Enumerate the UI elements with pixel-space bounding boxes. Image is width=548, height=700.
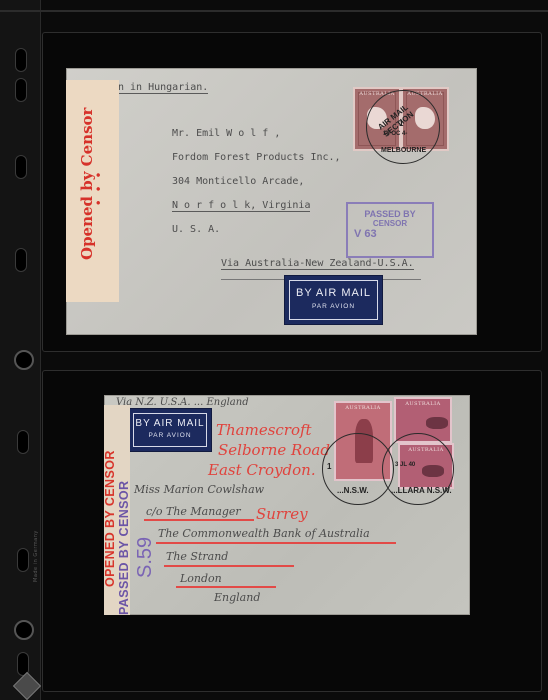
redirect-line: East Croydon.	[208, 461, 316, 479]
strike-through	[176, 586, 276, 588]
redirect-line: Selborne Road	[218, 441, 330, 459]
redirect-line: Surrey	[256, 505, 308, 523]
address-line: Mr. Emil W o l f ,	[172, 128, 280, 139]
routing-note: Via N.Z. U.S.A. ... England	[116, 397, 249, 408]
censor-tape-opened-by-censor: Opened by Censor • • •	[66, 80, 119, 302]
binder-hole	[15, 78, 27, 102]
binder-hole	[15, 248, 27, 272]
address-line: U. S. A.	[172, 224, 220, 235]
routing-line: Via Australia-New Zealand-U.S.A.	[221, 258, 414, 270]
airmail-label: BY AIR MAIL PAR AVION	[128, 408, 212, 452]
airmail-label: BY AIR MAIL PAR AVION	[284, 275, 383, 325]
address-line: London	[180, 572, 222, 585]
censor-tape-ornament: • • •	[94, 170, 105, 206]
cover-1-envelope[interactable]: n in Hungarian. Mr. Emil W o l f , Fordo…	[66, 68, 477, 335]
binder-hole	[14, 620, 34, 640]
censor-tape-purple-text: PASSED BY CENSOR	[117, 481, 131, 615]
binder-hole	[14, 350, 34, 370]
address-line: England	[214, 591, 260, 604]
address-line: Fordom Forest Products Inc.,	[172, 152, 341, 163]
address-line: The Strand	[166, 550, 228, 563]
address-line: Miss Marion Cowlshaw	[134, 483, 264, 496]
strike-through	[156, 542, 396, 544]
typed-header: n in Hungarian.	[118, 82, 208, 94]
merino-ram-icon	[426, 417, 448, 429]
cover-2-envelope[interactable]: Via N.Z. U.S.A. ... England BY AIR MAIL …	[104, 395, 470, 615]
album-imprint: Made in Germany	[33, 530, 39, 582]
page-top-rule	[0, 10, 548, 12]
binder-hole	[17, 548, 29, 572]
censor-tape-opened-by-censor: OPENED BY CENSOR PASSED BY CENSOR	[104, 405, 130, 615]
address-line: 304 Monticello Arcade,	[172, 176, 304, 187]
binder-hole	[15, 48, 27, 72]
postmark-melbourne: AIR MAIL SECTION 1 10 OC 4- MELBOURNE	[366, 90, 440, 164]
censor-tape-red-text: OPENED BY CENSOR	[103, 450, 117, 587]
censor-number: S.59	[134, 537, 157, 578]
binder-hole	[15, 155, 27, 179]
strike-through	[164, 565, 294, 567]
address-line: c/o The Manager	[146, 505, 241, 518]
binder-hole	[17, 430, 29, 454]
address-line: The Commonwealth Bank of Australia	[158, 527, 370, 540]
redirect-line: Thamescroft	[216, 421, 312, 439]
address-line: N o r f o l k, Virginia	[172, 200, 310, 212]
postmark-nsw: ...LLARA N.S.W. 3 JL 40	[382, 433, 454, 505]
strike-through	[144, 519, 254, 521]
passed-by-censor-stamp: PASSED BY CENSOR V 63	[346, 202, 434, 258]
